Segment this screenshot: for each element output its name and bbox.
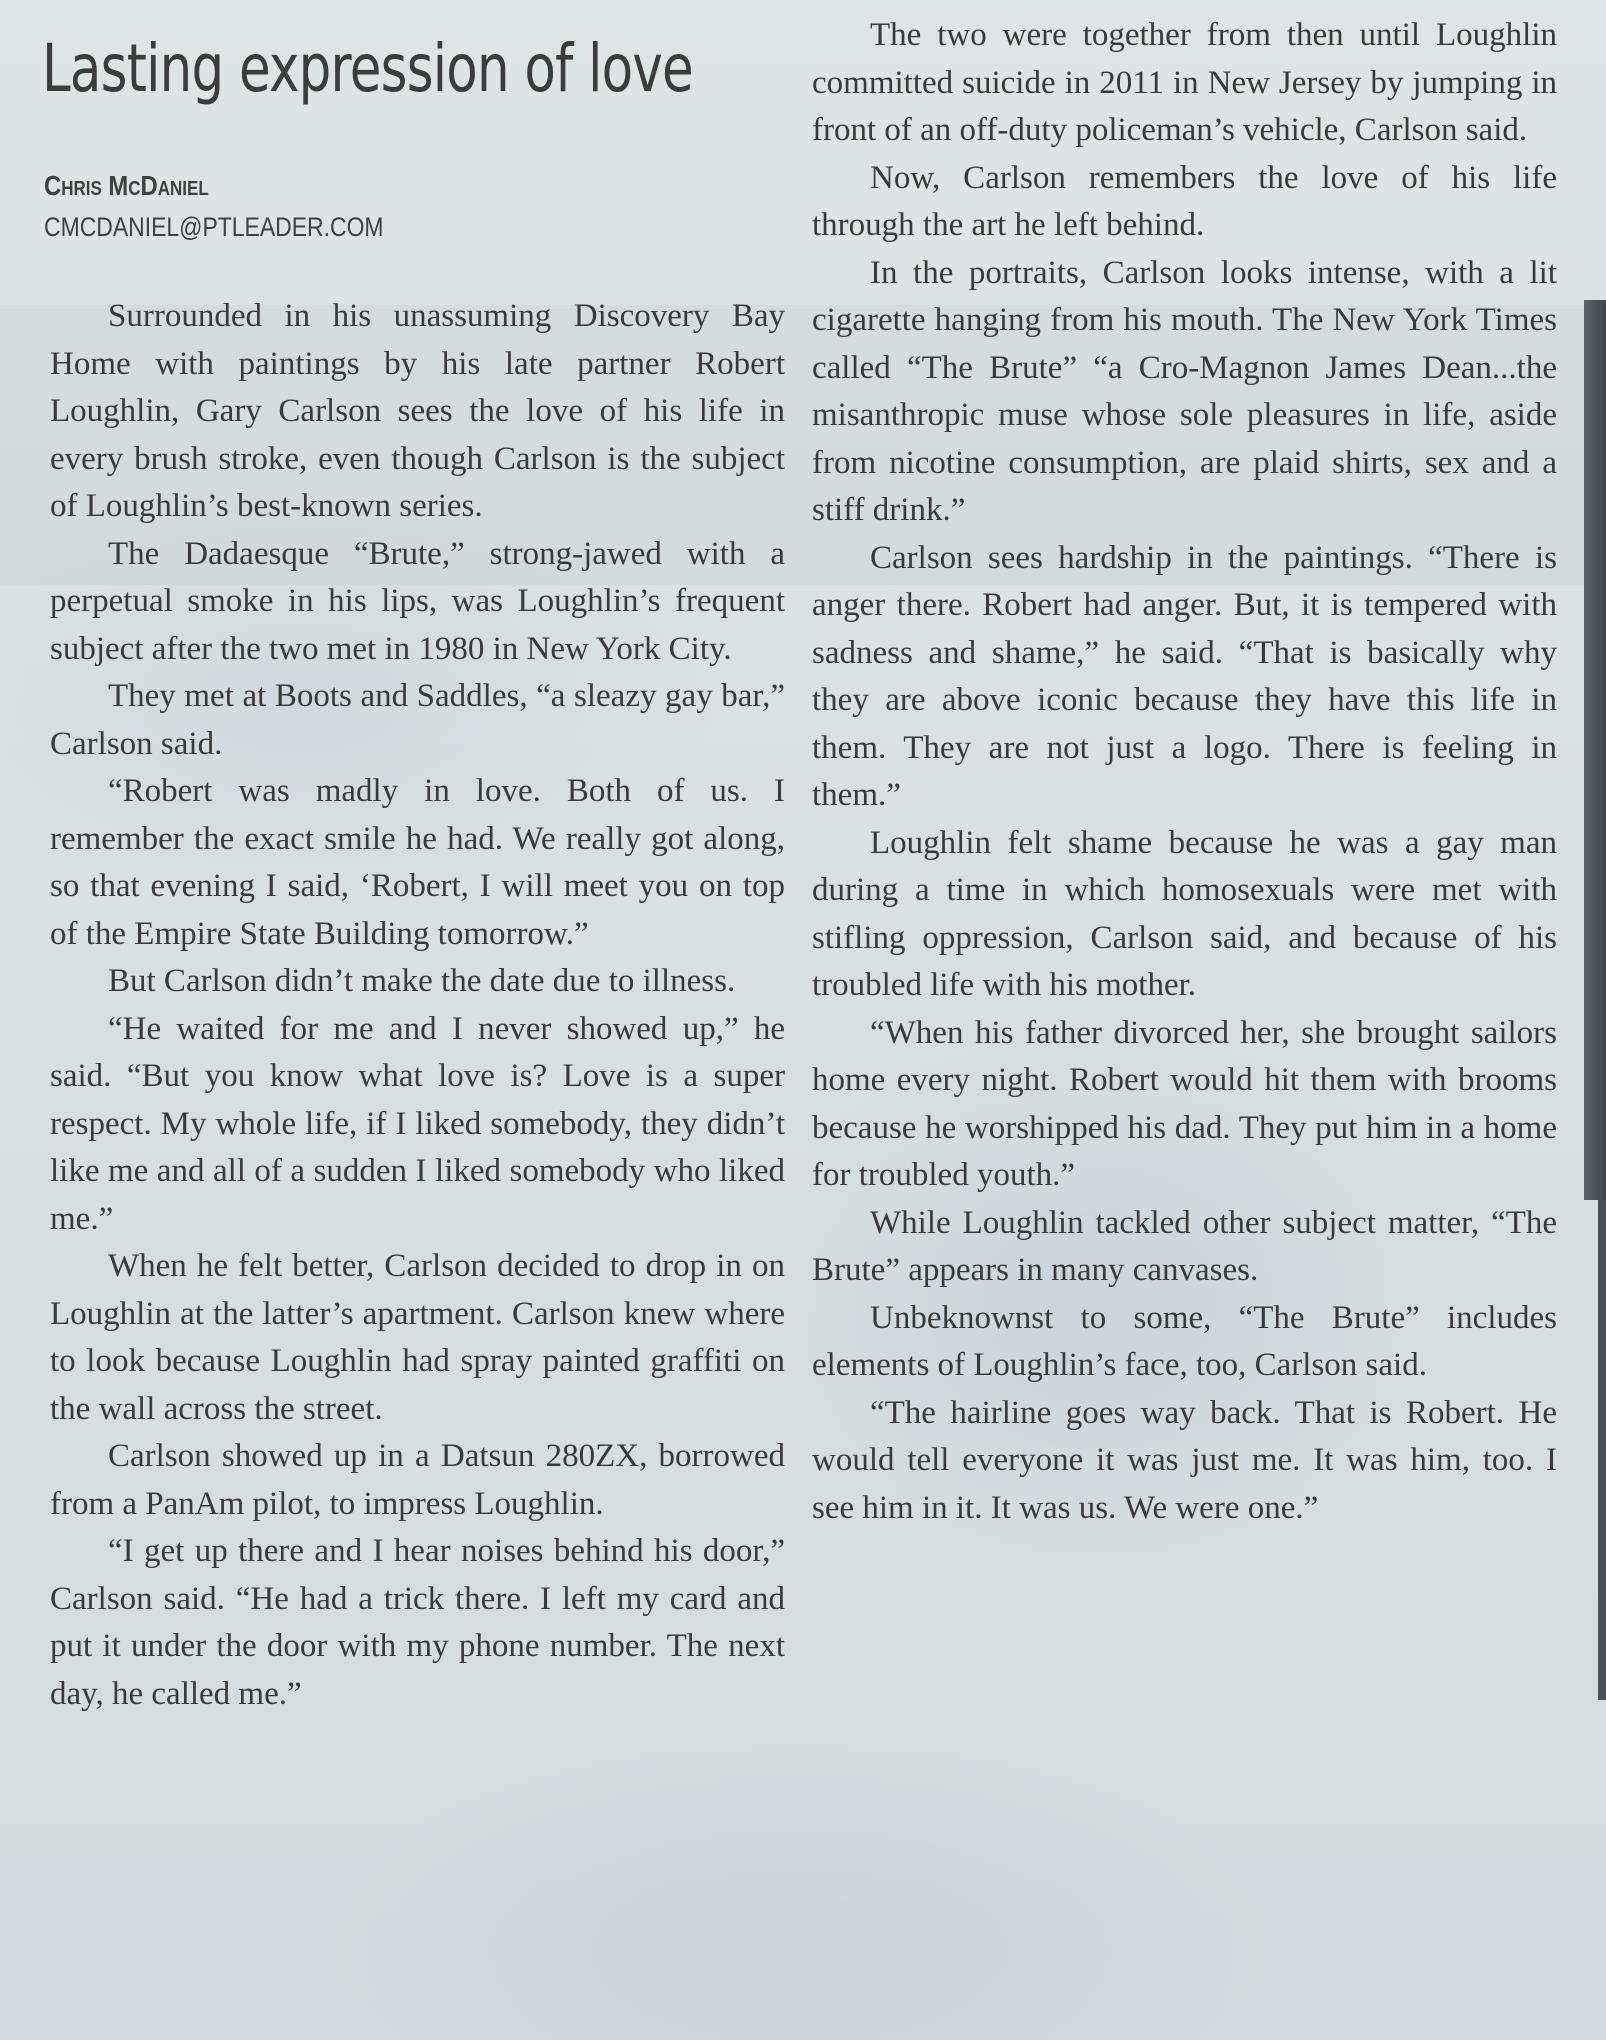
paragraph: “The hairline goes way back. That is Rob…	[812, 1390, 1557, 1533]
paragraph: “He waited for me and I never showed up,…	[50, 1006, 785, 1244]
paragraph: “I get up there and I hear noises behind…	[50, 1528, 785, 1718]
paragraph: Carlson showed up in a Datsun 280ZX, bor…	[50, 1433, 785, 1528]
paragraph: Loughlin felt shame because he was a gay…	[812, 820, 1557, 1010]
author-email: CMCDANIEL@PTLEADER.COM	[44, 212, 384, 243]
right-column: The two were together from then until Lo…	[812, 12, 1557, 1532]
paragraph: While Loughlin tackled other sub­ject ma…	[812, 1200, 1557, 1295]
author-byline: Chris McDaniel	[44, 170, 209, 202]
paragraph: They met at Boots and Saddles, “a sleazy…	[50, 673, 785, 768]
paragraph: “Robert was madly in love. Both of us. I…	[50, 768, 785, 958]
paragraph: When he felt better, Carlson decided to …	[50, 1243, 785, 1433]
paragraph: The two were together from then until Lo…	[812, 12, 1557, 155]
paragraph: “When his father divorced her, she broug…	[812, 1010, 1557, 1200]
clipping-edge-shadow	[1584, 300, 1606, 1200]
paragraph: The Dadaesque “Brute,” strong-jawed with…	[50, 531, 785, 674]
paragraph: Now, Carlson remembers the love of his l…	[812, 155, 1557, 250]
paragraph: In the portraits, Carlson looks intense,…	[812, 250, 1557, 535]
article-headline: Lasting expression of love	[42, 30, 693, 107]
paragraph: Unbeknownst to some, “The Brute” include…	[812, 1295, 1557, 1390]
clipping-edge-shadow-lower	[1598, 1200, 1606, 1700]
paragraph: Carlson sees hardship in the paintings. …	[812, 535, 1557, 820]
paragraph: Surrounded in his unassuming Discovery B…	[50, 293, 785, 531]
paragraph: But Carlson didn’t make the date due to …	[50, 958, 785, 1006]
left-column: Surrounded in his unassuming Discovery B…	[50, 293, 785, 1718]
